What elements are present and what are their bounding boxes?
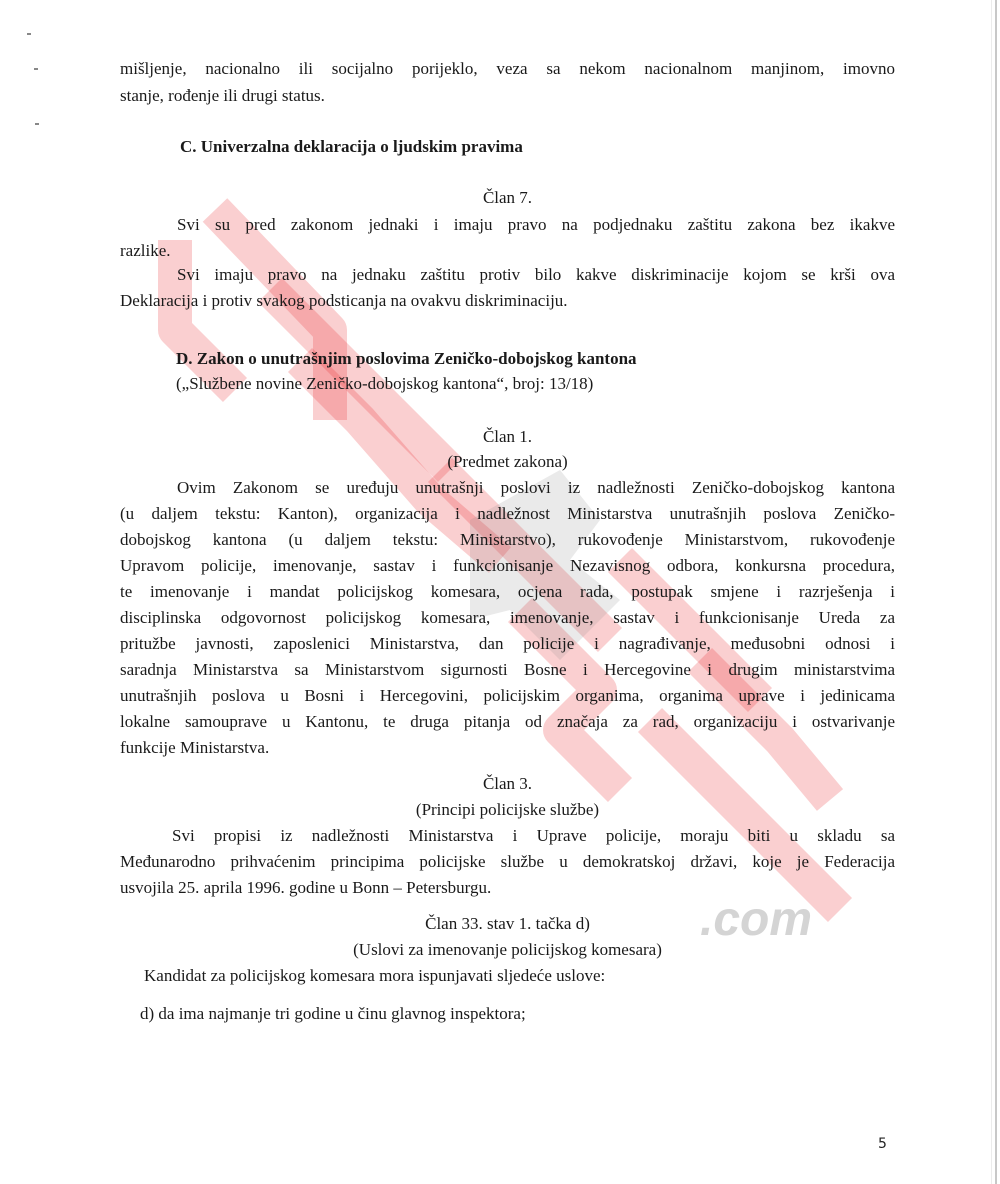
section-d-heading: D. Zakon o unutrašnjim poslovima Zeničko… [176,349,637,369]
art3-line: usvojila 25. aprila 1996. godine u Bonn … [120,878,491,898]
art1-line: lokalne samouprave u Kantonu, te druga p… [120,712,895,732]
article-33-subtitle: (Uslovi za imenovanje policijskog komesa… [120,940,895,960]
art1-line: dobojskog kantona (u daljem tekstu: Mini… [120,530,895,550]
section-d-source: („Službene novine Zeničko-dobojskog kant… [176,374,593,394]
article-7-title: Član 7. [120,188,895,208]
article-33-title: Član 33. stav 1. tačka d) [120,914,895,934]
section-c-heading: C. Univerzalna deklaracija o ljudskim pr… [180,137,523,157]
art1-line: te imenovanje i mandat policijskog komes… [120,582,895,602]
document-page: mišljenje, nacionalno ili socijalno pori… [0,0,1000,1184]
art1-line: funkcije Ministarstva. [120,738,269,758]
article-1-title: Član 1. [120,427,895,447]
art1-line: pritužbe javnosti, zaposlenici Ministars… [120,634,895,654]
art3-line: Međunarodno prihvaćenim principima polic… [120,852,895,872]
article-33-item-d: d) da ima najmanje tri godine u činu gla… [140,1004,526,1024]
art1-line: unutrašnjih poslova u Bosni i Hercegovin… [120,686,895,706]
art7-paragraph2-line1: Svi imaju pravo na jednaku zaštitu proti… [177,265,895,285]
art7-paragraph1-line2: razlike. [120,241,171,261]
article-3-title: Član 3. [120,774,895,794]
article-1-subtitle: (Predmet zakona) [120,452,895,472]
article-33-intro: Kandidat za policijskog komesara mora is… [144,966,605,986]
intro-line-1: mišljenje, nacionalno ili socijalno pori… [120,59,895,79]
art1-line: disciplinska odgovornost policijskog kom… [120,608,895,628]
intro-line-2: stanje, rođenje ili drugi status. [120,86,325,106]
art3-line: Svi propisi iz nadležnosti Ministarstva … [172,826,895,846]
art7-paragraph1-line1: Svi su pred zakonom jednaki i imaju prav… [177,215,895,235]
article-3-subtitle: (Principi policijske službe) [120,800,895,820]
page-number: 5 [878,1136,887,1152]
art1-line: saradnja Ministarstva sa Ministarstvom s… [120,660,895,680]
art1-line: Ovim Zakonom se uređuju unutrašnji poslo… [177,478,895,498]
art1-line: (u daljem tekstu: Kanton), organizacija … [120,504,895,524]
art1-line: Upravom policije, imenovanje, sastav i f… [120,556,895,576]
art7-paragraph2-line2: Deklaracija i protiv svakog podsticanja … [120,291,568,311]
